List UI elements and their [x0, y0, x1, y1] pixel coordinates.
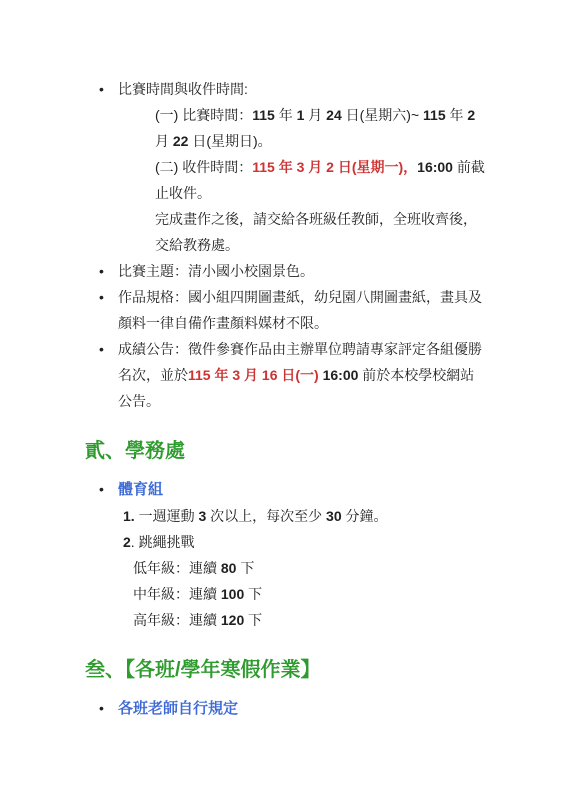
text-run: 1. 一週運動 3 次以上，每次至少 30 分鐘。 — [123, 508, 388, 524]
bullet-icon: • — [99, 695, 104, 721]
list-item: •作品規格：國小組四開圖畫紙，幼兒園八開圖畫紙，畫具及顏料一律自備作畫顏料媒材不… — [86, 284, 486, 336]
list-item: •比賽時間與收件時間: — [86, 76, 486, 102]
paragraph: 1. 一週運動 3 次以上，每次至少 30 分鐘。 — [86, 503, 486, 529]
list-item: •比賽主題：清小國小校園景色。 — [86, 258, 486, 284]
section-heading: 叁、【各班/學年寒假作業】 — [85, 655, 486, 685]
section-heading: 貳、學務處 — [85, 436, 486, 466]
text-run: 完成畫作之後，請交給各班級任教師，全班收齊後，交給教務處。 — [155, 211, 477, 253]
bullet-icon: • — [99, 258, 104, 284]
text-run: 高年級：連續 120 下 — [133, 612, 262, 628]
text-run: (一) 比賽時間：115 年 1 月 24 日(星期六)~ 115 年 2 月 … — [155, 107, 475, 149]
paragraph: 低年級：連續 80 下 — [86, 555, 486, 581]
bullet-icon: • — [99, 76, 104, 102]
text-run: 低年級：連續 80 下 — [133, 560, 254, 576]
paragraph: (一) 比賽時間：115 年 1 月 24 日(星期六)~ 115 年 2 月 … — [86, 102, 486, 154]
text-run: 各班老師自行規定 — [118, 700, 238, 716]
text-run: 作品規格：國小組四開圖畫紙，幼兒園八開圖畫紙，畫具及顏料一律自備作畫顏料媒材不限… — [118, 289, 482, 331]
document-content: •比賽時間與收件時間:(一) 比賽時間：115 年 1 月 24 日(星期六)~… — [86, 76, 486, 722]
text-run: (二) 收件時間：115 年 3 月 2 日(星期一)，16:00 前截止收件。 — [155, 159, 485, 201]
paragraph: 高年級：連續 120 下 — [86, 607, 486, 633]
paragraph: 2. 跳繩挑戰 — [86, 529, 486, 555]
paragraph: 完成畫作之後，請交給各班級任教師，全班收齊後，交給教務處。 — [86, 206, 486, 258]
paragraph: 中年級：連續 100 下 — [86, 581, 486, 607]
text-run: 體育組 — [118, 481, 163, 497]
text-run: 比賽主題：清小國小校園景色。 — [118, 263, 314, 279]
list-item: •體育組 — [86, 476, 486, 503]
bullet-icon: • — [99, 336, 104, 362]
bullet-icon: • — [99, 284, 104, 310]
list-item: •成績公告：徵件參賽作品由主辦單位聘請專家評定各組優勝名次，並於115 年 3 … — [86, 336, 486, 414]
text-run: 中年級：連續 100 下 — [133, 586, 262, 602]
paragraph: (二) 收件時間：115 年 3 月 2 日(星期一)，16:00 前截止收件。 — [86, 154, 486, 206]
text-run: 比賽時間與收件時間: — [118, 81, 248, 97]
text-run: 貳、學務處 — [85, 440, 185, 462]
text-run: 2. 跳繩挑戰 — [123, 534, 195, 550]
bullet-icon: • — [99, 476, 104, 502]
document-page: •比賽時間與收件時間:(一) 比賽時間：115 年 1 月 24 日(星期六)~… — [0, 0, 566, 800]
text-run: 成績公告：徵件參賽作品由主辦單位聘請專家評定各組優勝名次，並於115 年 3 月… — [118, 341, 482, 409]
list-item: •各班老師自行規定 — [86, 695, 486, 722]
text-run: 叁、【各班/學年寒假作業】 — [85, 659, 321, 681]
